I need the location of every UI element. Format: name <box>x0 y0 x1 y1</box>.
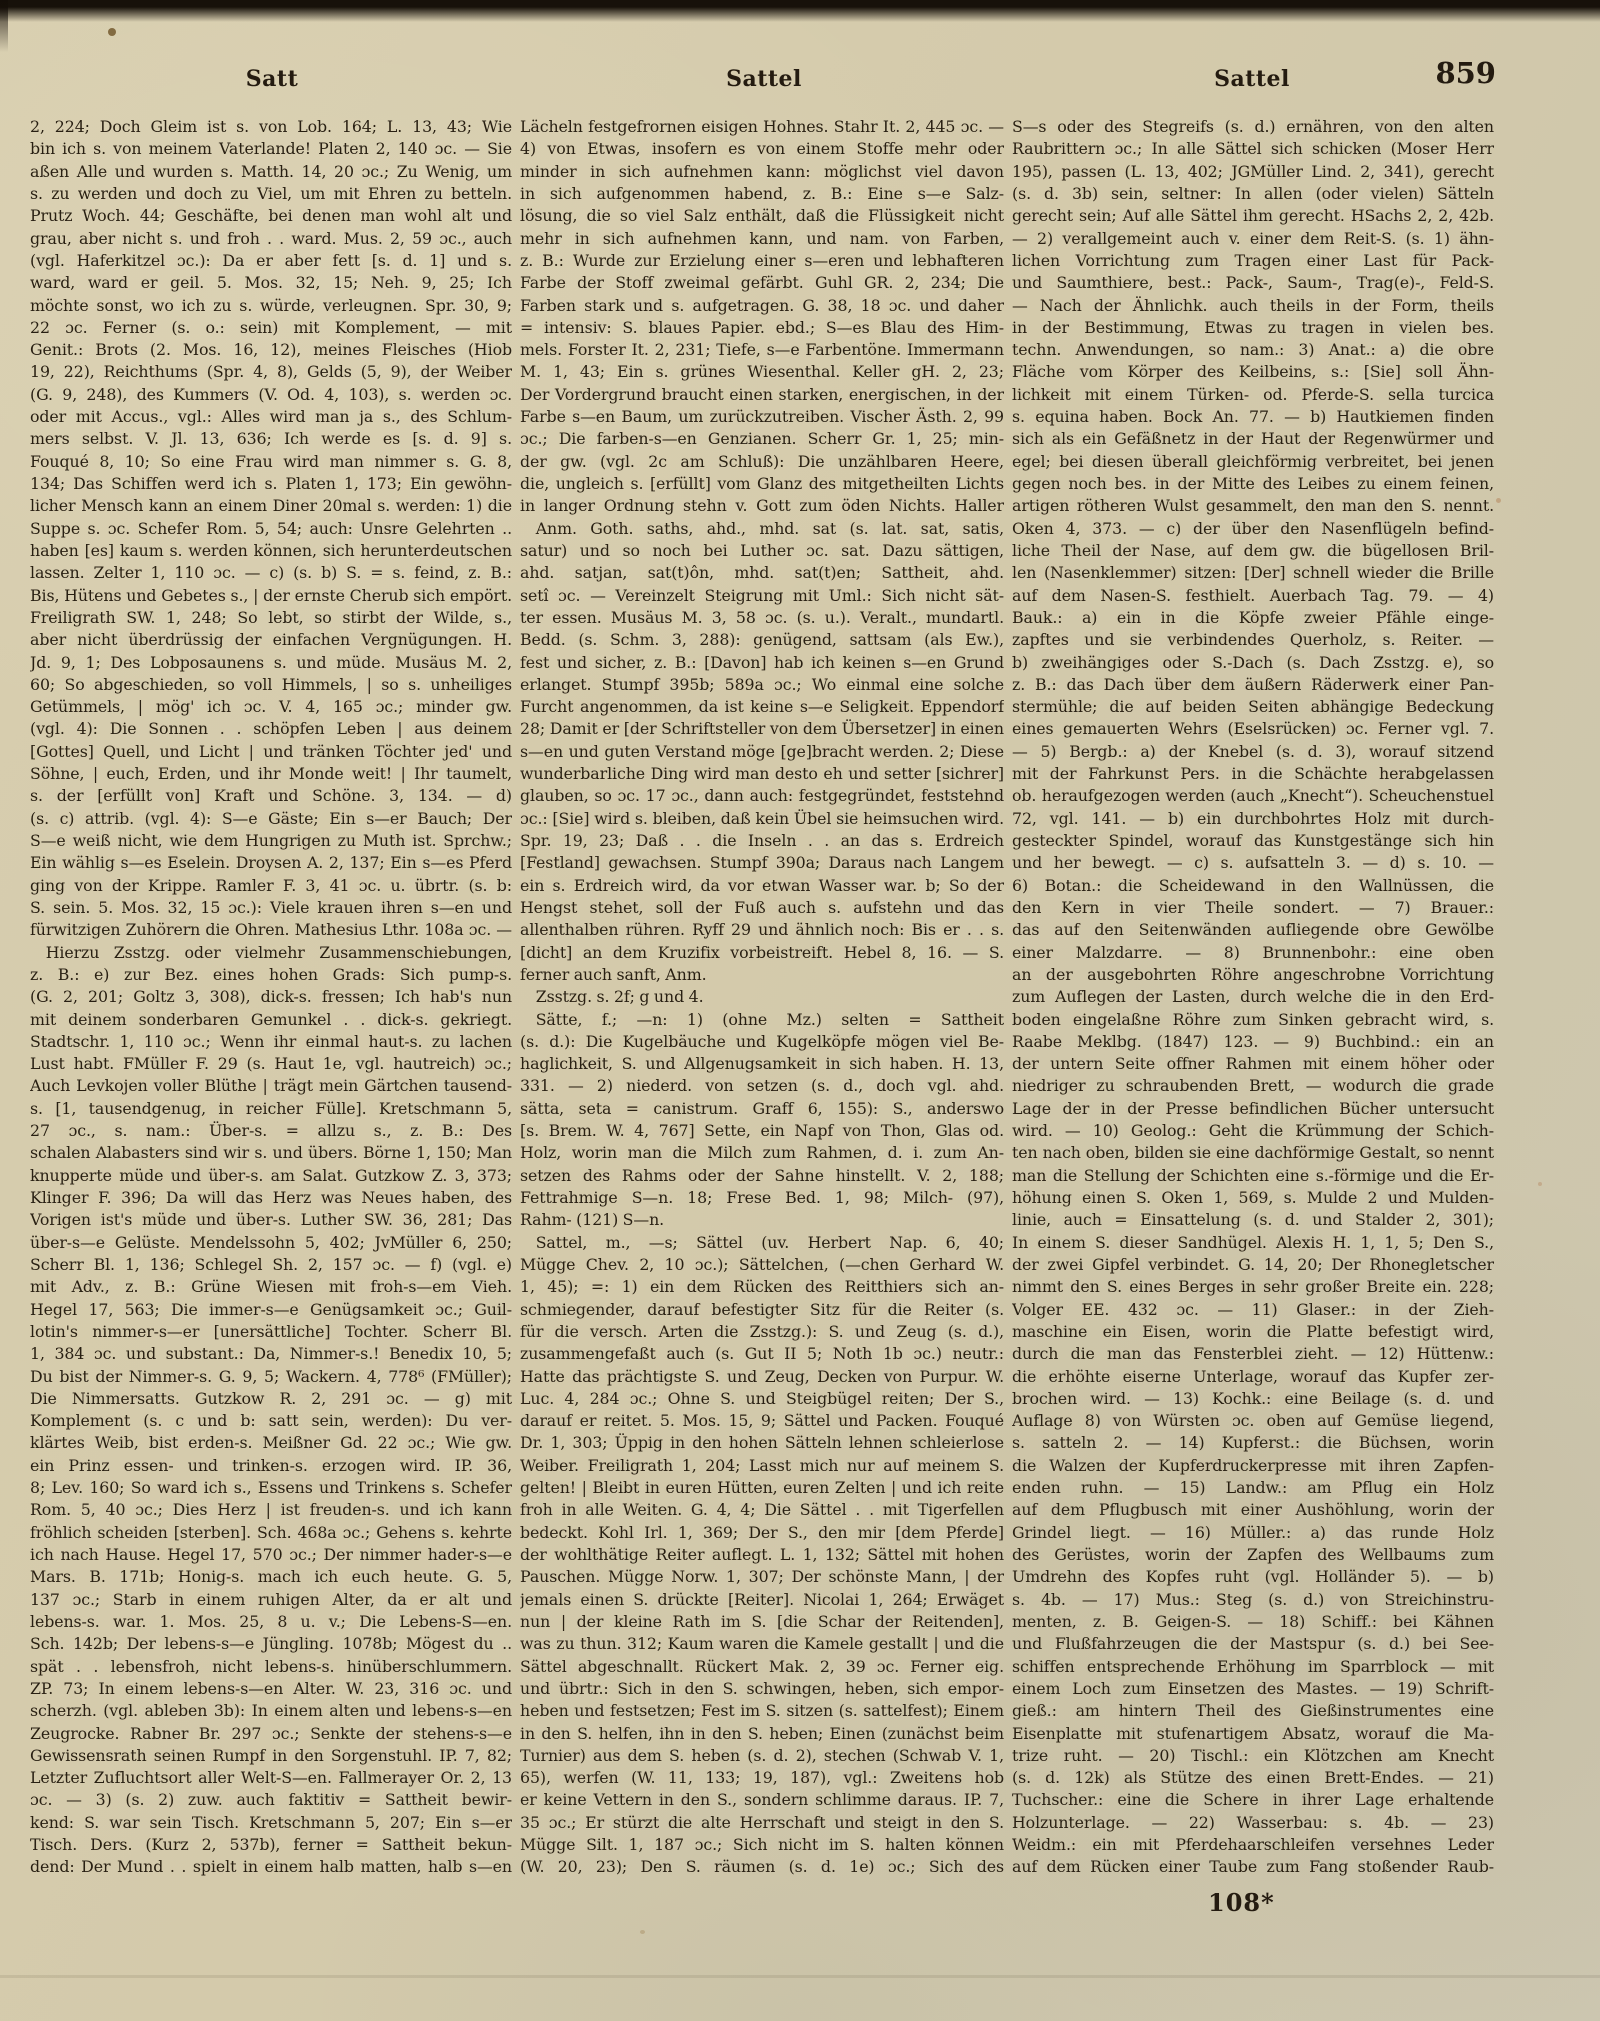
text-line: Umdrehn des Kopfes ruht (vgl. Holländer … <box>1012 1566 1494 1588</box>
text-line: grau, aber nicht s. und froh . . ward. M… <box>30 228 512 250</box>
text-line: gegen noch bes. in der Mitte des Leibes … <box>1012 473 1494 495</box>
text-line: — 5) Bergb.: a) der Knebel (s. d. 3), wo… <box>1012 741 1494 763</box>
text-line: 331. — 2) niederd. von setzen (s. d., do… <box>520 1075 1004 1097</box>
text-line: auf dem Nasen-S. festhielt. Auerbach Tag… <box>1012 585 1494 607</box>
text-line: 137 ɔc.; Starb in einem ruhigen Alter, d… <box>30 1589 512 1611</box>
text-line: Lächeln festgefrornen eisigen Hohnes. St… <box>520 116 1004 138</box>
text-line: Mügge Chev. 2, 10 ɔc.); Sättelchen, (—ch… <box>520 1254 1004 1276</box>
text-line: Bis, Hütens und Gebetes s., | der ernste… <box>30 585 512 607</box>
scan-corner-shadow <box>0 0 8 52</box>
text-line: Lust habt. FMüller F. 29 (s. Haut 1e, vg… <box>30 1053 512 1075</box>
text-line: Zsstzg. s. 2f; g und 4. <box>520 986 1004 1008</box>
text-line: durch die man das Fensterblei zieht. — 1… <box>1012 1343 1494 1365</box>
text-line: die, ungleich s. [erfüllt] vom Glanz des… <box>520 473 1004 495</box>
text-line: kend: S. war sein Tisch. Kretschmann 5, … <box>30 1812 512 1834</box>
text-line: Grindel liegt. — 16) Müller.: a) das run… <box>1012 1522 1494 1544</box>
text-line: zapftes und sie verbindendes Querholz, s… <box>1012 629 1494 651</box>
text-line: Farben stark und s. aufgetragen. G. 38, … <box>520 295 1004 317</box>
text-line: und her bewegt. — c) s. aufsatteln 3. — … <box>1012 852 1494 874</box>
text-line: die erhöhte eiserne Unterlage, worauf da… <box>1012 1366 1494 1388</box>
text-line: ɔc.; Die farben-s—en Genzianen. Scherr G… <box>520 428 1004 450</box>
text-line: froh in alle Weiten. G. 4, 4; Die Sättel… <box>520 1499 1004 1521</box>
text-line: man die Stellung der Schichten eine s.-f… <box>1012 1165 1494 1187</box>
text-line: In einem S. dieser Sandhügel. Alexis H. … <box>1012 1232 1494 1254</box>
text-line: in sich aufgenommen habend, z. B.: Eine … <box>520 183 1004 205</box>
text-line: 72, vgl. 141. — b) ein durchbohrtes Holz… <box>1012 808 1494 830</box>
text-line: Zeugrocke. Rabner Br. 297 ɔc.; Senkte de… <box>30 1723 512 1745</box>
running-head-center: Sattel <box>726 66 802 92</box>
text-line: Scherr Bl. 1, 136; Schlegel Sh. 2, 157 ɔ… <box>30 1254 512 1276</box>
text-line: artigen rötheren Wulst gesammelt, den ma… <box>1012 495 1494 517</box>
text-line: nimmt den S. eines Berges in sehr großer… <box>1012 1276 1494 1298</box>
text-line: 1, 45); =: 1) ein dem Rücken des Reitthi… <box>520 1276 1004 1298</box>
text-line: (s. d. 3b) sein, seltner: In allen (oder… <box>1012 183 1494 205</box>
text-line: ter essen. Musäus M. 3, 58 ɔc. (s. u.). … <box>520 607 1004 629</box>
text-line: und übrtr.: Sich in den S. schwingen, he… <box>520 1678 1004 1700</box>
text-line: — 2) verallgemeint auch v. einer dem Rei… <box>1012 228 1494 250</box>
text-line: was zu thun. 312; Kaum waren die Kamele … <box>520 1633 1004 1655</box>
text-line: der gw. (vgl. 2c am Schluß): Die unzählb… <box>520 451 1004 473</box>
text-line: setzen des Rahms oder der Sahne hinstell… <box>520 1165 1004 1187</box>
text-line: Turnier) aus dem S. heben (s. d. 2), ste… <box>520 1745 1004 1767</box>
text-line: mehr in sich aufnehmen kann, und nam. vo… <box>520 228 1004 250</box>
text-line: (s. c) attrib. (vgl. 4): S—e Gäste; Ein … <box>30 808 512 830</box>
text-line: knupperte müde und über-s. am Salat. Gut… <box>30 1165 512 1187</box>
text-line: Hierzu Zsstzg. oder vielmehr Zusammensch… <box>30 942 512 964</box>
text-line: darauf er reitet. 5. Mos. 15, 9; Sättel … <box>520 1410 1004 1432</box>
text-line: den Kern in vier Theile sondert. — 7) Br… <box>1012 897 1494 919</box>
text-line: lotin's nimmer-s—er [unersättliche] Toch… <box>30 1321 512 1343</box>
text-line: scherzh. (vgl. ableben 3b): In einem alt… <box>30 1700 512 1722</box>
text-line: ich nach Hause. Hegel 17, 570 ɔc.; Der n… <box>30 1544 512 1566</box>
text-line: 1, 384 ɔc. und substant.: Da, Nimmer-s.!… <box>30 1343 512 1365</box>
text-line: 4) von Etwas, insofern es von einem Stof… <box>520 138 1004 160</box>
scan-top-edge <box>0 0 1600 22</box>
text-line: klärtes Weib, bist erden-s. Meißner Gd. … <box>30 1432 512 1454</box>
text-line: Raubrittern ɔc.; In alle Sättel sich sch… <box>1012 138 1494 160</box>
text-line: glauben, so ɔc. 17 ɔc., dann auch: festg… <box>520 785 1004 807</box>
text-line: fest und sicher, z. B.: [Davon] hab ich … <box>520 652 1004 674</box>
text-line: Prutz Woch. 44; Geschäfte, bei denen man… <box>30 205 512 227</box>
text-line: S. sein. 5. Mos. 32, 15 ɔc.): Viele krau… <box>30 897 512 919</box>
text-line: lösung, die so viel Salz enthält, daß di… <box>520 205 1004 227</box>
text-line: s. der [erfüllt von] Kraft und Schöne. 3… <box>30 785 512 807</box>
text-line: oder mit Accus., vgl.: Alles wird man ja… <box>30 406 512 428</box>
text-line: Spr. 19, 23; Daß . . die Inseln . . an d… <box>520 830 1004 852</box>
text-line: Holz, worin man die Milch zum Rahmen, d.… <box>520 1142 1004 1164</box>
text-line: ɔc. — 3) (s. 2) zuw. auch faktitiv = Sat… <box>30 1789 512 1811</box>
text-line: (vgl. Haferkitzel ɔc.): Da er aber fett … <box>30 250 512 272</box>
text-column-2: Lächeln festgefrornen eisigen Hohnes. St… <box>520 116 1004 1879</box>
text-line: Lage der in der Presse befindlichen Büch… <box>1012 1098 1494 1120</box>
text-line: Jd. 9, 1; Des Lobposaunens s. und müde. … <box>30 652 512 674</box>
text-line: 60; So abgeschieden, so voll Himmels, | … <box>30 674 512 696</box>
text-line: Bauk.: a) ein in die Köpfe zweier Pfähle… <box>1012 607 1494 629</box>
text-line: sich als ein Gefäßnetz in der Haut der R… <box>1012 428 1494 450</box>
text-line: Gewissensrath seinen Rumpf in den Sorgen… <box>30 1745 512 1767</box>
text-line: brochen wird. — 13) Kochk.: eine Beilage… <box>1012 1388 1494 1410</box>
text-line: z. B.: Wurde zur Erzielung einer s—eren … <box>520 250 1004 272</box>
text-line: maschine ein Eisen, worin die Platte bef… <box>1012 1321 1494 1343</box>
text-line: licher Mensch kann an einem Diner 20mal … <box>30 495 512 517</box>
text-line: menten, z. B. Geigen-S. — 18) Schiff.: b… <box>1012 1611 1494 1633</box>
text-line: M. 1, 43; Ein s. grünes Wiesenthal. Kell… <box>520 361 1004 383</box>
text-line: ZP. 73; In einem lebens-s—en Alter. W. 2… <box>30 1678 512 1700</box>
text-line: Tisch. Ders. (Kurz 2, 537b), ferner = Sa… <box>30 1834 512 1856</box>
text-line: wird. — 10) Geolog.: Geht die Krümmung d… <box>1012 1120 1494 1142</box>
paper-stain <box>1538 1182 1542 1186</box>
text-line: und Saumthiere, best.: Pack-, Saum-, Tra… <box>1012 272 1494 294</box>
text-line: (G. 9, 248), des Kummers (V. Od. 4, 103)… <box>30 384 512 406</box>
text-line: liche Theil der Nase, auf dem gw. die bü… <box>1012 540 1494 562</box>
text-line: [Festland] gewachsen. Stumpf 390a; Darau… <box>520 852 1004 874</box>
text-line: höhung einen S. Oken 1, 569, s. Mulde 2 … <box>1012 1187 1494 1209</box>
text-line: Sätte, f.; —n: 1) (ohne Mz.) selten = Sa… <box>520 1009 1004 1031</box>
text-line: S—e weiß nicht, wie dem Hungrigen zu Mut… <box>30 830 512 852</box>
text-line: Fettrahmige S—n. 18; Frese Bed. 1, 98; M… <box>520 1187 1004 1209</box>
text-line: z. B.: e) zur Bez. eines hohen Grads: Si… <box>30 964 512 986</box>
text-line: Freiligrath SW. 1, 248; So lebt, so stir… <box>30 607 512 629</box>
text-line: stermühle; die auf beiden Seiten abhängi… <box>1012 696 1494 718</box>
text-line: wunderbarliche Ding wird man desto eh un… <box>520 763 1004 785</box>
text-line: (s. d. 12k) als Stütze des einen Brett-E… <box>1012 1767 1494 1789</box>
text-line: Die Nimmersatts. Gutzkow R. 2, 291 ɔc. —… <box>30 1388 512 1410</box>
text-line: ein s. Erdreich wird, da vor etwan Wasse… <box>520 875 1004 897</box>
text-line: 65), werfen (W. 11, 133; 19, 187), vgl.:… <box>520 1767 1004 1789</box>
text-line: über-s—e Gelüste. Mendelssohn 5, 402; Jv… <box>30 1232 512 1254</box>
text-line: allenthalben rühren. Ryff 29 und ähnlich… <box>520 919 1004 941</box>
text-line: ward, ward er geil. 5. Mos. 32, 15; Neh.… <box>30 272 512 294</box>
text-line: Ein wählig s—es Eselein. Droysen A. 2, 1… <box>30 852 512 874</box>
text-line: techn. Anwendungen, so nam.: 3) Anat.: a… <box>1012 339 1494 361</box>
text-line: ten nach oben, bilden sie eine dachförmi… <box>1012 1142 1494 1164</box>
text-line: erlanget. Stumpf 395b; 589a ɔc.; Wo einm… <box>520 674 1004 696</box>
text-line: Eisenplatte mit stufenartigem Absatz, wo… <box>1012 1723 1494 1745</box>
text-line: Luc. 4, 284 ɔc.; Ohne S. und Steigbügel … <box>520 1388 1004 1410</box>
text-line: ɔc.: [Sie] wird s. bleiben, daß kein Übe… <box>520 808 1004 830</box>
text-line: mit deinem sonderbaren Gemunkel . . dick… <box>30 1009 512 1031</box>
text-line: 2, 224; Doch Gleim ist s. von Lob. 164; … <box>30 116 512 138</box>
text-line: 19, 22), Reichthums (Spr. 4, 8), Gelds (… <box>30 361 512 383</box>
text-line: s. [1, tausendgenug, in reicher Fülle]. … <box>30 1098 512 1120</box>
text-line: Letzter Zufluchtsort aller Welt-S—en. Fa… <box>30 1767 512 1789</box>
text-line: lichkeit mit einem Türken- od. Pferde-S.… <box>1012 384 1494 406</box>
text-line: niedriger zu schraubenden Brett, — wodur… <box>1012 1075 1494 1097</box>
text-line: bin ich s. von meinem Vaterlande! Platen… <box>30 138 512 160</box>
text-line: eines gemauerten Wehrs (Eselsrücken) ɔc.… <box>1012 718 1494 740</box>
text-line: Holzunterlage. — 22) Wasserbau: s. 4b. —… <box>1012 1812 1494 1834</box>
text-line: 134; Das Schiffen werd ich s. Platen 1, … <box>30 473 512 495</box>
text-line: schiffen entsprechende Erhöhung im Sparr… <box>1012 1656 1494 1678</box>
text-line: s. zu werden und doch zu Viel, um mit Eh… <box>30 183 512 205</box>
text-line: Klinger F. 396; Da will das Herz was Neu… <box>30 1187 512 1209</box>
text-line: minder in sich aufnehmen kann: möglichst… <box>520 161 1004 183</box>
text-line: Dr. 1, 303; Üppig in den hohen Sätteln l… <box>520 1432 1004 1454</box>
text-line: Stadtschr. 1, 110 ɔc.; Wenn ihr einmal h… <box>30 1031 512 1053</box>
text-line: der untern Seite offner Rahmen mit einem… <box>1012 1053 1494 1075</box>
text-line: Hegel 17, 563; Die immer-s—e Genügsamkei… <box>30 1299 512 1321</box>
text-line: 6) Botan.: die Scheidewand in den Wallnü… <box>1012 875 1494 897</box>
text-line: s. 4b. — 17) Mus.: Steg (s. d.) von Stre… <box>1012 1589 1494 1611</box>
text-line: (s. d.): Die Kugelbäuche und Kugelköpfe … <box>520 1031 1004 1053</box>
paper-background: Satt Sattel Sattel 859 2, 224; Doch Glei… <box>0 0 1600 2021</box>
text-line: Rahm- (121) S—n. <box>520 1209 1004 1231</box>
text-line: Söhne, | euch, Erden, und ihr Monde weit… <box>30 763 512 785</box>
text-line: 195), passen (L. 13, 402; JGMüller Lind.… <box>1012 161 1494 183</box>
text-line: dend: Der Mund . . spielt in einem halb … <box>30 1856 512 1878</box>
text-line: schmiegender, darauf befestigter Sitz fü… <box>520 1299 1004 1321</box>
text-column-1: 2, 224; Doch Gleim ist s. von Lob. 164; … <box>30 116 512 1879</box>
text-line: Furcht angenommen, da ist keine s—e Seli… <box>520 696 1004 718</box>
text-line: er keine Vettern in den S., sondern schl… <box>520 1789 1004 1811</box>
text-line: ob. heraufgezogen werden (auch „Knecht“)… <box>1012 785 1494 807</box>
text-line: Vorigen ist's müde und über-s. Luther SW… <box>30 1209 512 1231</box>
text-line: Sch. 142b; Der lebens-s—e Jüngling. 1078… <box>30 1633 512 1655</box>
text-line: 8; Lev. 160; So ward ich s., Essens und … <box>30 1477 512 1499</box>
text-line: [s. Brem. W. 4, 767] Sette, ein Napf von… <box>520 1120 1004 1142</box>
text-line: Raabe Meklbg. (1847) 123. — 9) Buchbind.… <box>1012 1031 1494 1053</box>
text-line: ging von der Krippe. Ramler F. 3, 41 ɔc.… <box>30 875 512 897</box>
text-line: 35 ɔc.; Er stürzt die alte Herrschaft un… <box>520 1812 1004 1834</box>
text-line: in der Bestimmung, Etwas zu tragen in vi… <box>1012 317 1494 339</box>
text-line: in den S. helfen, ihn in den S. heben; E… <box>520 1723 1004 1745</box>
paper-stain <box>1496 498 1501 503</box>
text-line: Rom. 5, 40 ɔc.; Dies Herz | ist freuden-… <box>30 1499 512 1521</box>
text-line: Sattel, m., —s; Sättel (uv. Herbert Nap.… <box>520 1232 1004 1254</box>
text-line: Mügge Silt. 1, 187 ɔc.; Sich nicht im S.… <box>520 1834 1004 1856</box>
running-head-left: Satt <box>246 66 298 92</box>
text-line: len (Nasenklemmer) sitzen: [Der] schnell… <box>1012 562 1494 584</box>
text-line: Pauschen. Mügge Norw. 1, 307; Der schöns… <box>520 1566 1004 1588</box>
text-line: auf dem Pflugbusch mit einer Aushöhlung,… <box>1012 1499 1494 1521</box>
text-line: [Gottes] Quell, und Licht | und tränken … <box>30 741 512 763</box>
text-line: Weidm.: ein mit Pferdehaarschleifen vers… <box>1012 1834 1494 1856</box>
text-line: jemals einen S. drückte [Reiter]. Nicola… <box>520 1589 1004 1611</box>
text-line: schalen Alabasters sind wir s. und übers… <box>30 1142 512 1164</box>
text-line: trize ruht. — 20) Tischl.: ein Klötzchen… <box>1012 1745 1494 1767</box>
text-line: Fläche vom Körper des Keilbeins, s.: [Si… <box>1012 361 1494 383</box>
text-line: boden eingelaßne Röhre zum Sinken gebrac… <box>1012 1009 1494 1031</box>
text-line: — Nach der Ähnlichk. auch theils in der … <box>1012 295 1494 317</box>
text-line: Auflage 8) von Würsten ɔc. oben auf Gemü… <box>1012 1410 1494 1432</box>
paper-stain <box>108 28 116 36</box>
text-line: Bedd. (s. Schm. 3, 288): genügend, satts… <box>520 629 1004 651</box>
text-line: enden ruhn. — 15) Landw.: am Pflug ein H… <box>1012 1477 1494 1499</box>
text-line: mit der Fahrkunst Pers. in die Schächte … <box>1012 763 1494 785</box>
text-line: heben und festsetzen; Fest im S. sitzen … <box>520 1700 1004 1722</box>
text-line: (W. 20, 23); Den S. räumen (s. d. 1e) ɔc… <box>520 1856 1004 1878</box>
text-line: Getümmels, | mög' ich ɔc. V. 4, 165 ɔc.;… <box>30 696 512 718</box>
text-line: setî ɔc. — Vereinzelt Steigrung mit Uml.… <box>520 585 1004 607</box>
text-line: s. satteln 2. — 14) Kupferst.: die Büchs… <box>1012 1432 1494 1454</box>
text-line: gesteckter Spindel, worauf das Kunstgest… <box>1012 830 1494 852</box>
text-line: 27 ɔc., s. nam.: Über-s. = allzu s., z. … <box>30 1120 512 1142</box>
scanned-dictionary-page: { "page": { "number": "859", "signature"… <box>0 0 1600 2021</box>
signature-mark: 108* <box>1208 1888 1275 1917</box>
text-line: in langer Ordnung stehn v. Gott zum öden… <box>520 495 1004 517</box>
text-line: egel; bei diesen überall gleichförmig ve… <box>1012 451 1494 473</box>
text-line: s. equina haben. Bock An. 77. — b) Hautk… <box>1012 406 1494 428</box>
text-line: 28; Damit er [der Schriftsteller von dem… <box>520 718 1004 740</box>
text-line: Weiber. Freiligrath 1, 204; Lasst mich n… <box>520 1455 1004 1477</box>
text-line: Genit.: Brots (2. Mos. 16, 12), meines F… <box>30 339 512 361</box>
text-line: ferner auch sanft, Anm. <box>520 964 1004 986</box>
text-line: Du bist der Nimmer-s. G. 9, 5; Wackern. … <box>30 1366 512 1388</box>
text-line: gelten! | Bleibt in euren Hütten, euren … <box>520 1477 1004 1499</box>
text-line: aßen Alle und wurden s. Matth. 14, 20 ɔc… <box>30 161 512 183</box>
text-line: fürwitzigen Zuhörern die Ohren. Mathesiu… <box>30 919 512 941</box>
text-line: Farbe der Stoff zweimal gefärbt. Guhl GR… <box>520 272 1004 294</box>
text-line: z. B.: das Dach über dem äußern Räderwer… <box>1012 674 1494 696</box>
text-line: Der Vordergrund braucht einen starken, e… <box>520 384 1004 406</box>
text-line: fröhlich scheiden [sterben]. Sch. 468a ɔ… <box>30 1522 512 1544</box>
text-line: möchte sonst, wo ich zu s. würde, verleu… <box>30 295 512 317</box>
text-line: [dicht] an dem Kruzifix vorbeistreift. H… <box>520 942 1004 964</box>
text-line: Auch Levkojen voller Blüthe | trägt mein… <box>30 1075 512 1097</box>
page-number: 859 <box>1396 56 1496 90</box>
text-line: haben [es] kaum s. werden können, sich h… <box>30 540 512 562</box>
text-line: Volger EE. 432 ɔc. — 11) Glaser.: in der… <box>1012 1299 1494 1321</box>
text-line: mers selbst. V. Jl. 13, 636; Ich werde e… <box>30 428 512 450</box>
text-line: der zwei Gipfel verbindet. G. 14, 20; De… <box>1012 1254 1494 1276</box>
text-line: bedeckt. Kohl Irl. 1, 369; Der S., den m… <box>520 1522 1004 1544</box>
text-line: Hatte das prächtigste S. und Zeug, Decke… <box>520 1366 1004 1388</box>
text-line: Tuchscher.: eine die Schere in ihrer Lag… <box>1012 1789 1494 1811</box>
text-line: Hengst stehet, soll der Fuß auch s. aufs… <box>520 897 1004 919</box>
text-line: das auf den Seitenwänden aufliegende obr… <box>1012 919 1494 941</box>
text-line: die Walzen der Kupferdruckerpresse mit i… <box>1012 1455 1494 1477</box>
text-line: und Flußfahrzeugen die der Mastspur (s. … <box>1012 1633 1494 1655</box>
text-line: lebens-s. war. 1. Mos. 25, 8 u. v.; Die … <box>30 1611 512 1633</box>
text-line: (vgl. 4): Die Sonnen . . schöpfen Leben … <box>30 718 512 740</box>
text-line: linie, auch = Einsattelung (s. d. und St… <box>1012 1209 1494 1231</box>
paper-stain <box>640 1930 645 1934</box>
text-line: sätta, seta = canistrum. Graff 6, 155): … <box>520 1098 1004 1120</box>
text-line: (G. 2, 201; Goltz 3, 308), dick-s. fress… <box>30 986 512 1008</box>
text-line: an der ausgebohrten Röhre angeschrobne V… <box>1012 964 1494 986</box>
text-line: mels. Forster It. 2, 231; Tiefe, s—e Far… <box>520 339 1004 361</box>
text-line: S—s oder des Stegreifs (s. d.) ernähren,… <box>1012 116 1494 138</box>
text-line: Komplement (s. c und b: satt sein, werde… <box>30 1410 512 1432</box>
text-line: b) zweihängiges oder S.-Dach (s. Dach Zs… <box>1012 652 1494 674</box>
text-line: aber nicht überdrüssig der einfachen Ver… <box>30 629 512 651</box>
text-line: ein Prinz essen- und trinken-s. erzogen … <box>30 1455 512 1477</box>
text-line: nun | der kleine Rath im S. [die Schar d… <box>520 1611 1004 1633</box>
text-line: Anm. Goth. saths, ahd., mhd. sat (s. lat… <box>520 518 1004 540</box>
text-line: zusammengefaßt auch (s. Gut II 5; Noth 1… <box>520 1343 1004 1365</box>
text-line: Mars. B. 171b; Honig-s. mach ich euch he… <box>30 1566 512 1588</box>
text-line: zum Auflegen der Lasten, durch welche di… <box>1012 986 1494 1008</box>
text-line: Oken 4, 373. — c) der über den Nasenflüg… <box>1012 518 1494 540</box>
text-line: haglichkeit, S. und Allgenugsamkeit in s… <box>520 1053 1004 1075</box>
text-line: gieß.: am hintern Theil des Gießinstrume… <box>1012 1700 1494 1722</box>
text-line: lichen Vorrichtung zum Tragen einer Last… <box>1012 250 1494 272</box>
text-line: s—en und guten Verstand möge [ge]bracht … <box>520 741 1004 763</box>
text-line: 22 ɔc. Ferner (s. o.: sein) mit Kompleme… <box>30 317 512 339</box>
running-head-right: Sattel <box>1214 66 1290 92</box>
text-line: spät . . lebensfroh, nicht lebens-s. hin… <box>30 1656 512 1678</box>
text-line: Farbe s—en Baum, um zurückzutreiben. Vis… <box>520 406 1004 428</box>
text-line: Suppe s. ɔc. Schefer Rom. 5, 54; auch: U… <box>30 518 512 540</box>
text-line: der wohlthätige Reiter auflegt. L. 1, 13… <box>520 1544 1004 1566</box>
text-line: satur) und so noch bei Luther ɔc. sat. D… <box>520 540 1004 562</box>
text-line: für die versch. Arten die Zsstzg.): S. u… <box>520 1321 1004 1343</box>
text-line: Fouqué 8, 10; So eine Frau wird man nimm… <box>30 451 512 473</box>
text-line: lassen. Zelter 1, 110 ɔc. — c) (s. b) S.… <box>30 562 512 584</box>
text-line: einem Loch zum Einsetzen des Mastes. — 1… <box>1012 1678 1494 1700</box>
text-line: einer Malzdarre. — 8) Brunnenbohr.: eine… <box>1012 942 1494 964</box>
text-line: mit Adv., z. B.: Grüne Wiesen mit froh-s… <box>30 1276 512 1298</box>
paper-crease <box>0 1975 1600 1978</box>
text-line: gerecht sein; Auf alle Sättel ihm gerech… <box>1012 205 1494 227</box>
text-column-3: S—s oder des Stegreifs (s. d.) ernähren,… <box>1012 116 1494 1879</box>
text-line: = intensiv: S. blaues Papier. ebd.; S—es… <box>520 317 1004 339</box>
text-line: Sättel abgeschnallt. Rückert Mak. 2, 39 … <box>520 1656 1004 1678</box>
text-line: des Gerüstes, worin der Zapfen des Wellb… <box>1012 1544 1494 1566</box>
text-line: auf dem Rücken einer Taube zum Fang stoß… <box>1012 1856 1494 1878</box>
text-line: ahd. satjan, sat(t)ôn, mhd. sat(t)en; Sa… <box>520 562 1004 584</box>
